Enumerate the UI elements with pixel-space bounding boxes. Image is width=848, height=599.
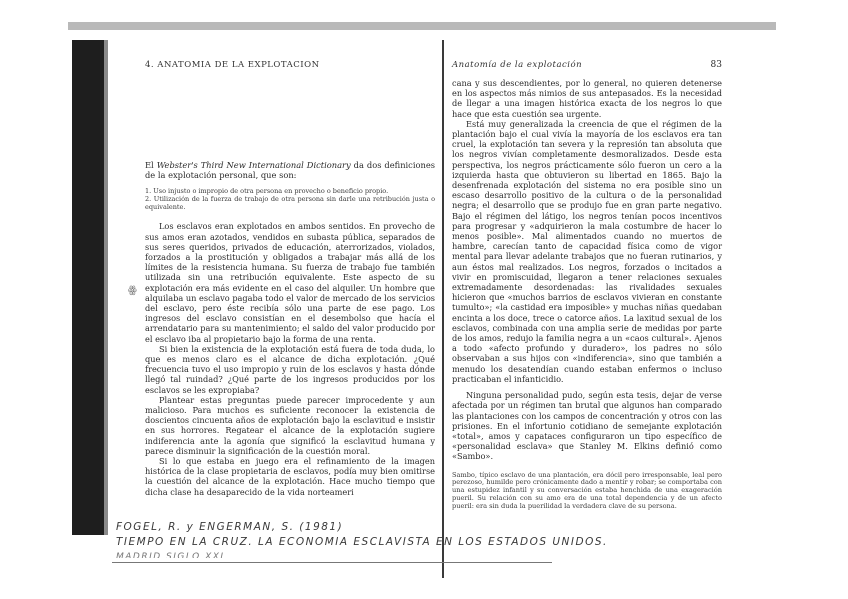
left-body-text: Los esclavos eran explotados en ambos se… xyxy=(145,221,435,496)
paragraph: Los esclavos eran explotados en ambos se… xyxy=(145,221,435,343)
page-number: 83 xyxy=(711,60,722,70)
block-quote-footnote: Sambo, típico esclavo de una plantación,… xyxy=(452,472,722,511)
definitions-list: 1. Uso injusto o impropio de otra person… xyxy=(145,188,435,211)
handwritten-citation: FOGEL, R. y ENGERMAN, S. (1981) TIEMPO E… xyxy=(116,520,556,558)
paragraph: Está muy generalizada la creencia de que… xyxy=(452,119,722,384)
section-running-head: Anatomía de la explotación xyxy=(452,60,722,70)
paragraph: Ninguna personalidad pudo, según esta te… xyxy=(452,390,722,461)
right-page: Anatomía de la explotación 83 cana y sus… xyxy=(452,60,722,511)
book-binding-shadow xyxy=(72,40,104,535)
dictionary-title: Webster's Third New International Dictio… xyxy=(157,160,351,170)
chapter-running-head: 4. ANATOMIA DE LA EXPLOTACION xyxy=(145,60,435,70)
citation-publisher: MADRID SIGLO XXI xyxy=(116,550,556,558)
citation-authors: FOGEL, R. y ENGERMAN, S. (1981) xyxy=(116,520,556,535)
paragraph: cana y sus descendientes, por lo general… xyxy=(452,78,722,119)
margin-scribble-mark: ꙮ xyxy=(128,285,136,299)
right-body-text: cana y sus descendientes, por lo general… xyxy=(452,78,722,462)
paragraph: Si bien la existencia de la explotación … xyxy=(145,344,435,395)
scan-edge-shadow xyxy=(68,22,776,30)
intro-prefix: El xyxy=(145,160,157,170)
citation-title: TIEMPO EN LA CRUZ. LA ECONOMIA ESCLAVIST… xyxy=(116,535,556,550)
paragraph: Si lo que estaba en juego era el refinam… xyxy=(145,456,435,497)
intro-paragraph: El Webster's Third New International Dic… xyxy=(145,160,435,180)
paragraph: Plantear estas preguntas puede parecer i… xyxy=(145,395,435,456)
citation-underline xyxy=(112,562,552,563)
definition-item: 2. Utilización de la fuerza de trabajo d… xyxy=(145,196,435,212)
page-gutter xyxy=(442,40,444,578)
left-page: 4. ANATOMIA DE LA EXPLOTACION El Webster… xyxy=(145,60,435,497)
